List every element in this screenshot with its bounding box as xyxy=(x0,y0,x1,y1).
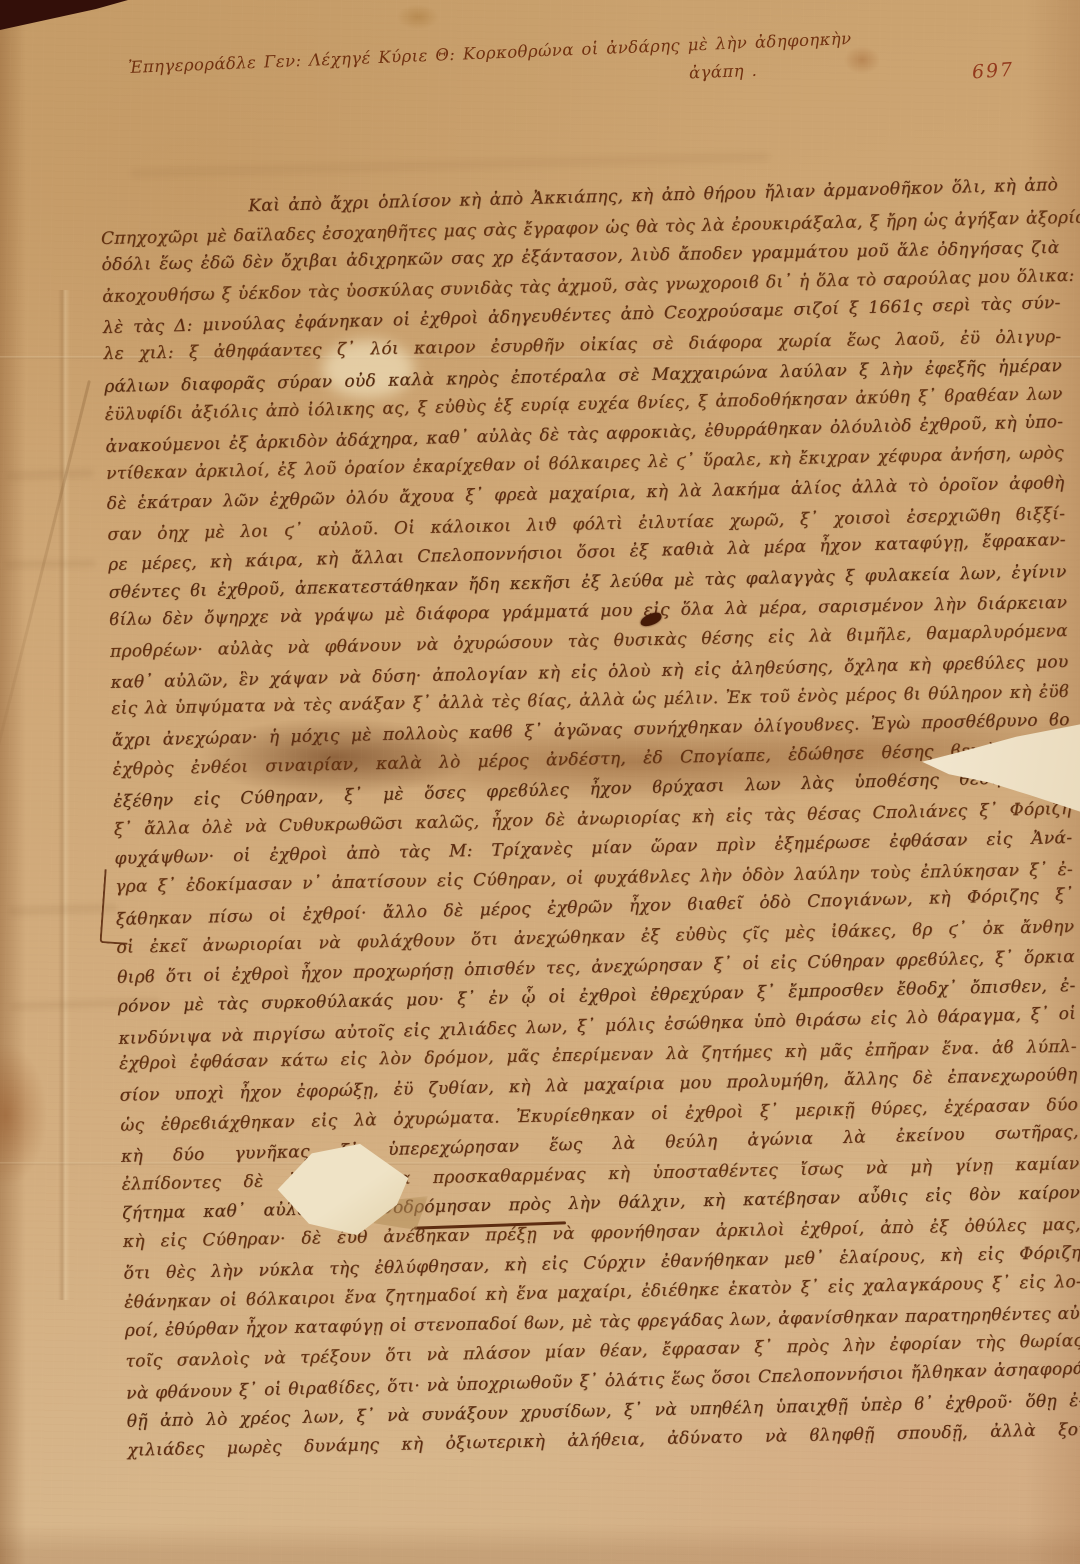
vertical-fold-crease xyxy=(58,290,70,1300)
manuscript-body: Καὶ ἀπὸ ἄχρι ὁπλίσον κὴ ἀπὸ Ἀκκιάπης, κὴ… xyxy=(100,173,1080,1466)
show-through-streak xyxy=(4,559,96,569)
manuscript-photo: Ἐπηγεροράδλε Γεν: Λέχηγέ Κύριε Θ: Κορκοθ… xyxy=(0,0,1080,1564)
margin-mark xyxy=(99,869,132,945)
page-number: 697 xyxy=(971,59,1015,84)
